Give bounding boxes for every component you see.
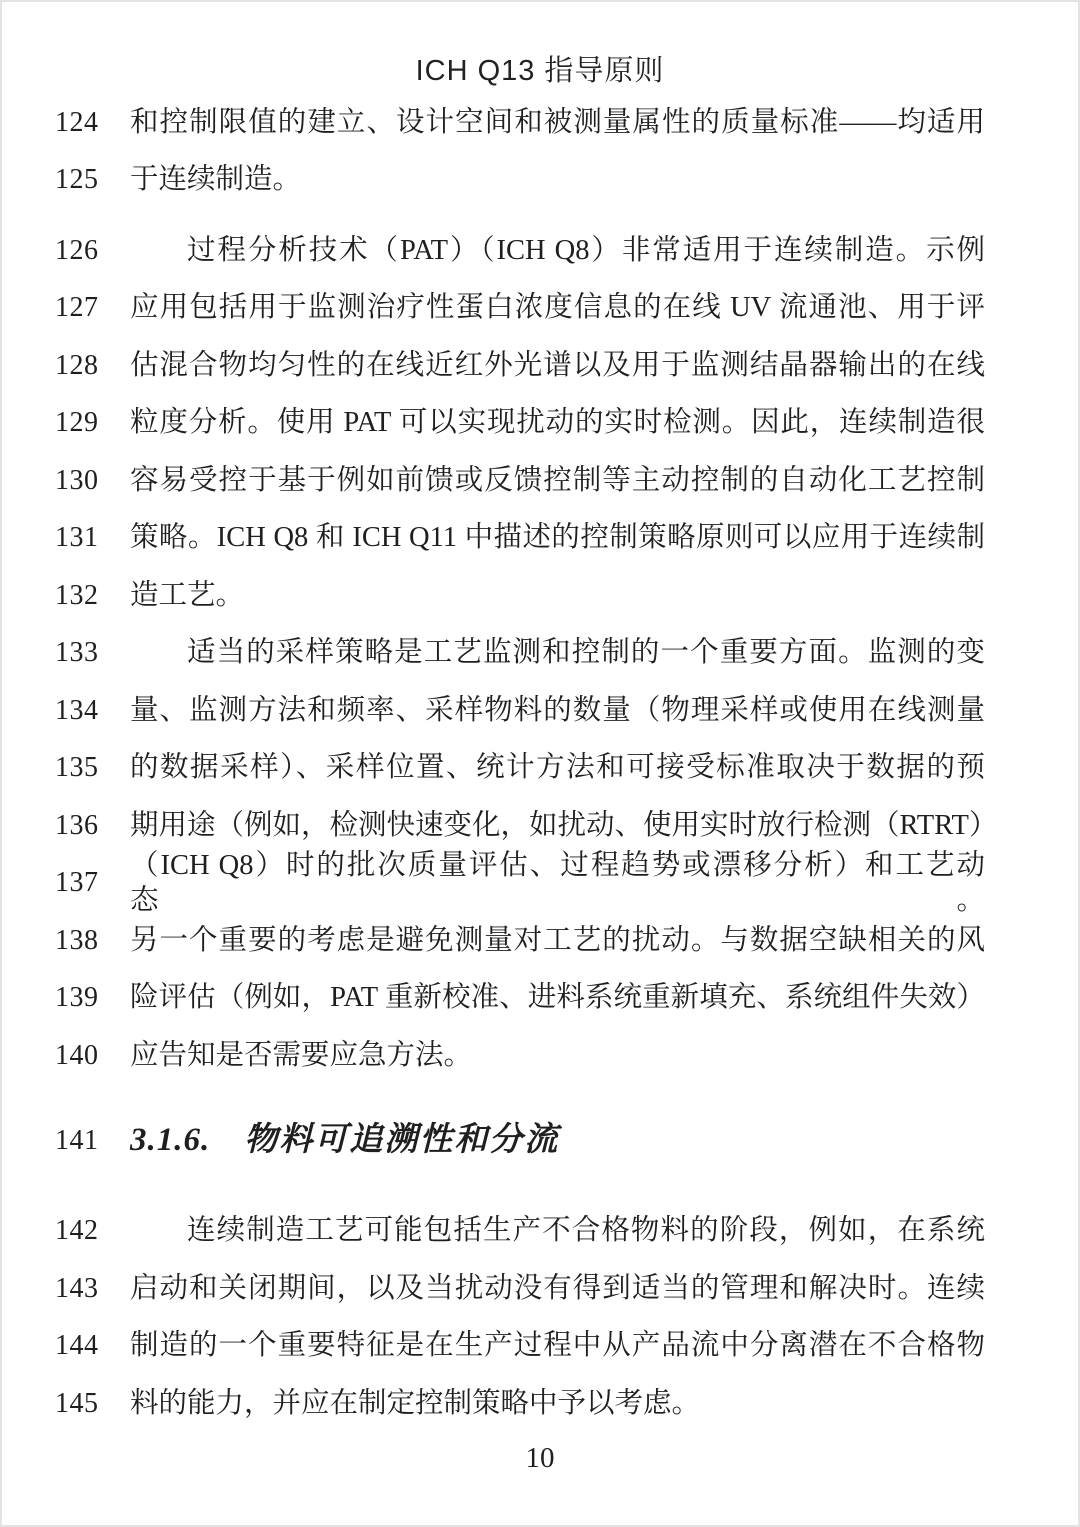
line-text: 应用包括用于监测治疗性蛋白浓度信息的在线 UV 流通池、用于评 — [130, 290, 985, 326]
text-line-row: 133适当的采样策略是工艺监测和控制的一个重要方面。监测的变 — [55, 625, 985, 683]
line-number: 136 — [55, 810, 130, 842]
text-line-row: 125于连续制造。 — [55, 152, 985, 210]
line-number: 133 — [55, 637, 130, 669]
line-number: 134 — [55, 695, 130, 727]
line-number: 137 — [55, 867, 130, 899]
line-number: 132 — [55, 580, 130, 612]
line-text: 和控制限值的建立、设计空间和被测量属性的质量标准——均适用 — [130, 105, 985, 141]
lines-container: 124和控制限值的建立、设计空间和被测量属性的质量标准——均适用125于连续制造… — [0, 94, 1080, 1433]
text-line-row: 127应用包括用于监测治疗性蛋白浓度信息的在线 UV 流通池、用于评 — [55, 280, 985, 338]
line-text: 粒度分析。使用 PAT 可以实现扰动的实时检测。因此，连续制造很 — [130, 405, 985, 441]
line-text: （ICH Q8）时的批次质量评估、过程趋势或漂移分析）和工艺动态。 — [130, 848, 985, 919]
line-text: 制造的一个重要特征是在生产过程中从产品流中分离潜在不合格物 — [130, 1328, 985, 1364]
text-line-row: 136期用途（例如，检测快速变化，如扰动、使用实时放行检测（RTRT） — [55, 797, 985, 855]
line-text: 应告知是否需要应急方法。 — [130, 1038, 985, 1074]
text-line-row: 129粒度分析。使用 PAT 可以实现扰动的实时检测。因此，连续制造很 — [55, 395, 985, 453]
text-line-row: 131策略。ICH Q8 和 ICH Q11 中描述的控制策略原则可以应用于连续… — [55, 510, 985, 568]
line-text: 于连续制造。 — [130, 162, 985, 198]
page-header-title: ICH Q13 指导原则 — [0, 50, 1080, 92]
line-number: 142 — [55, 1215, 130, 1247]
line-number: 126 — [55, 235, 130, 267]
section-heading-number: 3.1.6. — [130, 1120, 210, 1161]
line-text: 险评估（例如，PAT 重新校准、进料系统重新填充、系统组件失效） — [130, 980, 985, 1016]
text-line-row: 140应告知是否需要应急方法。 — [55, 1027, 985, 1085]
line-number: 139 — [55, 982, 130, 1014]
page-number: 10 — [0, 1442, 1080, 1475]
line-number: 135 — [55, 752, 130, 784]
line-number: 144 — [55, 1330, 130, 1362]
text-line-row: 137（ICH Q8）时的批次质量评估、过程趋势或漂移分析）和工艺动态。 — [55, 855, 985, 913]
document-page: ICH Q13 指导原则 124和控制限值的建立、设计空间和被测量属性的质量标准… — [0, 0, 1080, 1527]
section-heading-text: 3.1.6.物料可追溯性和分流 — [130, 1120, 985, 1161]
line-number: 127 — [55, 292, 130, 324]
line-text: 策略。ICH Q8 和 ICH Q11 中描述的控制策略原则可以应用于连续制 — [130, 520, 985, 556]
text-line-row: 145料的能力，并应在制定控制策略中予以考虑。 — [55, 1375, 985, 1433]
heading-row: 1413.1.6.物料可追溯性和分流 — [55, 1109, 985, 1173]
line-text: 容易受控于基于例如前馈或反馈控制等主动控制的自动化工艺控制 — [130, 463, 985, 499]
text-line-row: 134量、监测方法和频率、采样物料的数量（物理采样或使用在线测量 — [55, 682, 985, 740]
text-line-row: 138另一个重要的考虑是避免测量对工艺的扰动。与数据空缺相关的风 — [55, 912, 985, 970]
text-line-row: 143启动和关闭期间，以及当扰动没有得到适当的管理和解决时。连续 — [55, 1260, 985, 1318]
line-text: 造工艺。 — [130, 578, 985, 614]
text-line-row: 142连续制造工艺可能包括生产不合格物料的阶段，例如，在系统 — [55, 1203, 985, 1261]
line-text: 量、监测方法和频率、采样物料的数量（物理采样或使用在线测量 — [130, 693, 985, 729]
line-number: 131 — [55, 522, 130, 554]
line-number: 128 — [55, 350, 130, 382]
line-number: 141 — [55, 1125, 130, 1157]
line-text: 期用途（例如，检测快速变化，如扰动、使用实时放行检测（RTRT） — [130, 808, 985, 844]
line-text: 的数据采样）、采样位置、统计方法和可接受标准取决于数据的预 — [130, 750, 985, 786]
line-text: 料的能力，并应在制定控制策略中予以考虑。 — [130, 1386, 985, 1422]
text-line-row: 124和控制限值的建立、设计空间和被测量属性的质量标准——均适用 — [55, 94, 985, 152]
line-text: 估混合物均匀性的在线近红外光谱以及用于监测结晶器输出的在线 — [130, 348, 985, 384]
section-heading-label: 物料可追溯性和分流 — [244, 1120, 559, 1161]
line-number: 140 — [55, 1040, 130, 1072]
line-text: 连续制造工艺可能包括生产不合格物料的阶段，例如，在系统 — [130, 1213, 985, 1249]
line-number: 143 — [55, 1273, 130, 1305]
text-line-row: 144制造的一个重要特征是在生产过程中从产品流中分离潜在不合格物 — [55, 1318, 985, 1376]
text-line-row: 130容易受控于基于例如前馈或反馈控制等主动控制的自动化工艺控制 — [55, 452, 985, 510]
line-number: 125 — [55, 164, 130, 196]
text-line-row: 126过程分析技术（PAT）（ICH Q8）非常适用于连续制造。示例 — [55, 222, 985, 280]
text-line-row: 132造工艺。 — [55, 567, 985, 625]
line-number: 129 — [55, 407, 130, 439]
line-text: 另一个重要的考虑是避免测量对工艺的扰动。与数据空缺相关的风 — [130, 923, 985, 959]
line-text: 适当的采样策略是工艺监测和控制的一个重要方面。监测的变 — [130, 635, 985, 671]
line-text: 启动和关闭期间，以及当扰动没有得到适当的管理和解决时。连续 — [130, 1271, 985, 1307]
text-line-row: 139险评估（例如，PAT 重新校准、进料系统重新填充、系统组件失效） — [55, 970, 985, 1028]
text-line-row: 128估混合物均匀性的在线近红外光谱以及用于监测结晶器输出的在线 — [55, 337, 985, 395]
line-number: 124 — [55, 107, 130, 139]
line-number: 138 — [55, 925, 130, 957]
line-number: 145 — [55, 1388, 130, 1420]
line-number: 130 — [55, 465, 130, 497]
line-text: 过程分析技术（PAT）（ICH Q8）非常适用于连续制造。示例 — [130, 233, 985, 269]
text-line-row: 135的数据采样）、采样位置、统计方法和可接受标准取决于数据的预 — [55, 740, 985, 798]
